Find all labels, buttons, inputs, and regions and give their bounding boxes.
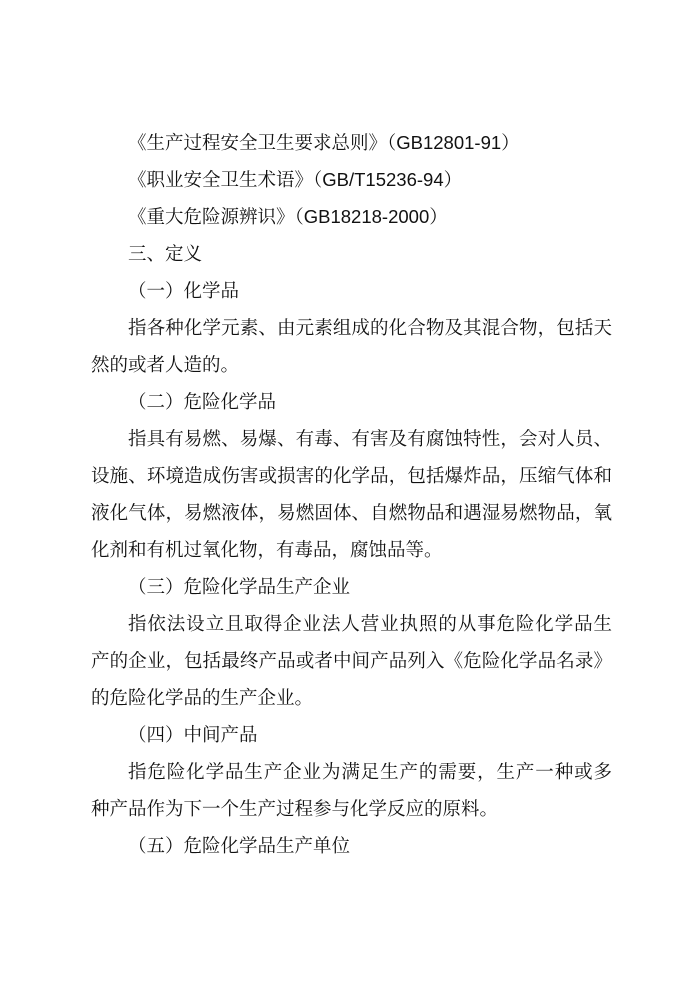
text-line: 《职业安全卫生术语》（GB/T15236-94） [91, 161, 612, 198]
text-line: 化剂和有机过氧化物，有毒品，腐蚀品等。 [91, 531, 612, 568]
text-line: （一）化学品 [91, 272, 612, 309]
text-line: （四）中间产品 [91, 716, 612, 753]
text-line: 设施、环境造成伤害或损害的化学品，包括爆炸品，压缩气体和 [91, 457, 612, 494]
text-line: 的危险化学品的生产企业。 [91, 679, 612, 716]
text-line: 种产品作为下一个生产过程参与化学反应的原料。 [91, 790, 612, 827]
text-line: （五）危险化学品生产单位 [91, 827, 612, 864]
text-line: 指各种化学元素、由元素组成的化合物及其混合物，包括天 [91, 309, 612, 346]
text-line: 《重大危险源辨识》（GB18218-2000） [91, 198, 612, 235]
text-line: 指依法设立且取得企业法人营业执照的从事危险化学品生 [91, 605, 612, 642]
text-line: （三）危险化学品生产企业 [91, 568, 612, 605]
text-line: 《生产过程安全卫生要求总则》（GB12801-91） [91, 124, 612, 161]
text-line: 产的企业，包括最终产品或者中间产品列入《危险化学品名录》 [91, 642, 612, 679]
text-line: （二）危险化学品 [91, 383, 612, 420]
document-page: 《生产过程安全卫生要求总则》（GB12801-91）《职业安全卫生术语》（GB/… [0, 0, 700, 990]
text-line: 然的或者人造的。 [91, 346, 612, 383]
text-line: 指具有易燃、易爆、有毒、有害及有腐蚀特性，会对人员、 [91, 420, 612, 457]
text-line: 三、定义 [91, 235, 612, 272]
text-line: 液化气体，易燃液体，易燃固体、自燃物品和遇湿易燃物品，氧 [91, 494, 612, 531]
document-body: 《生产过程安全卫生要求总则》（GB12801-91）《职业安全卫生术语》（GB/… [91, 124, 612, 864]
text-line: 指危险化学品生产企业为满足生产的需要，生产一种或多 [91, 753, 612, 790]
